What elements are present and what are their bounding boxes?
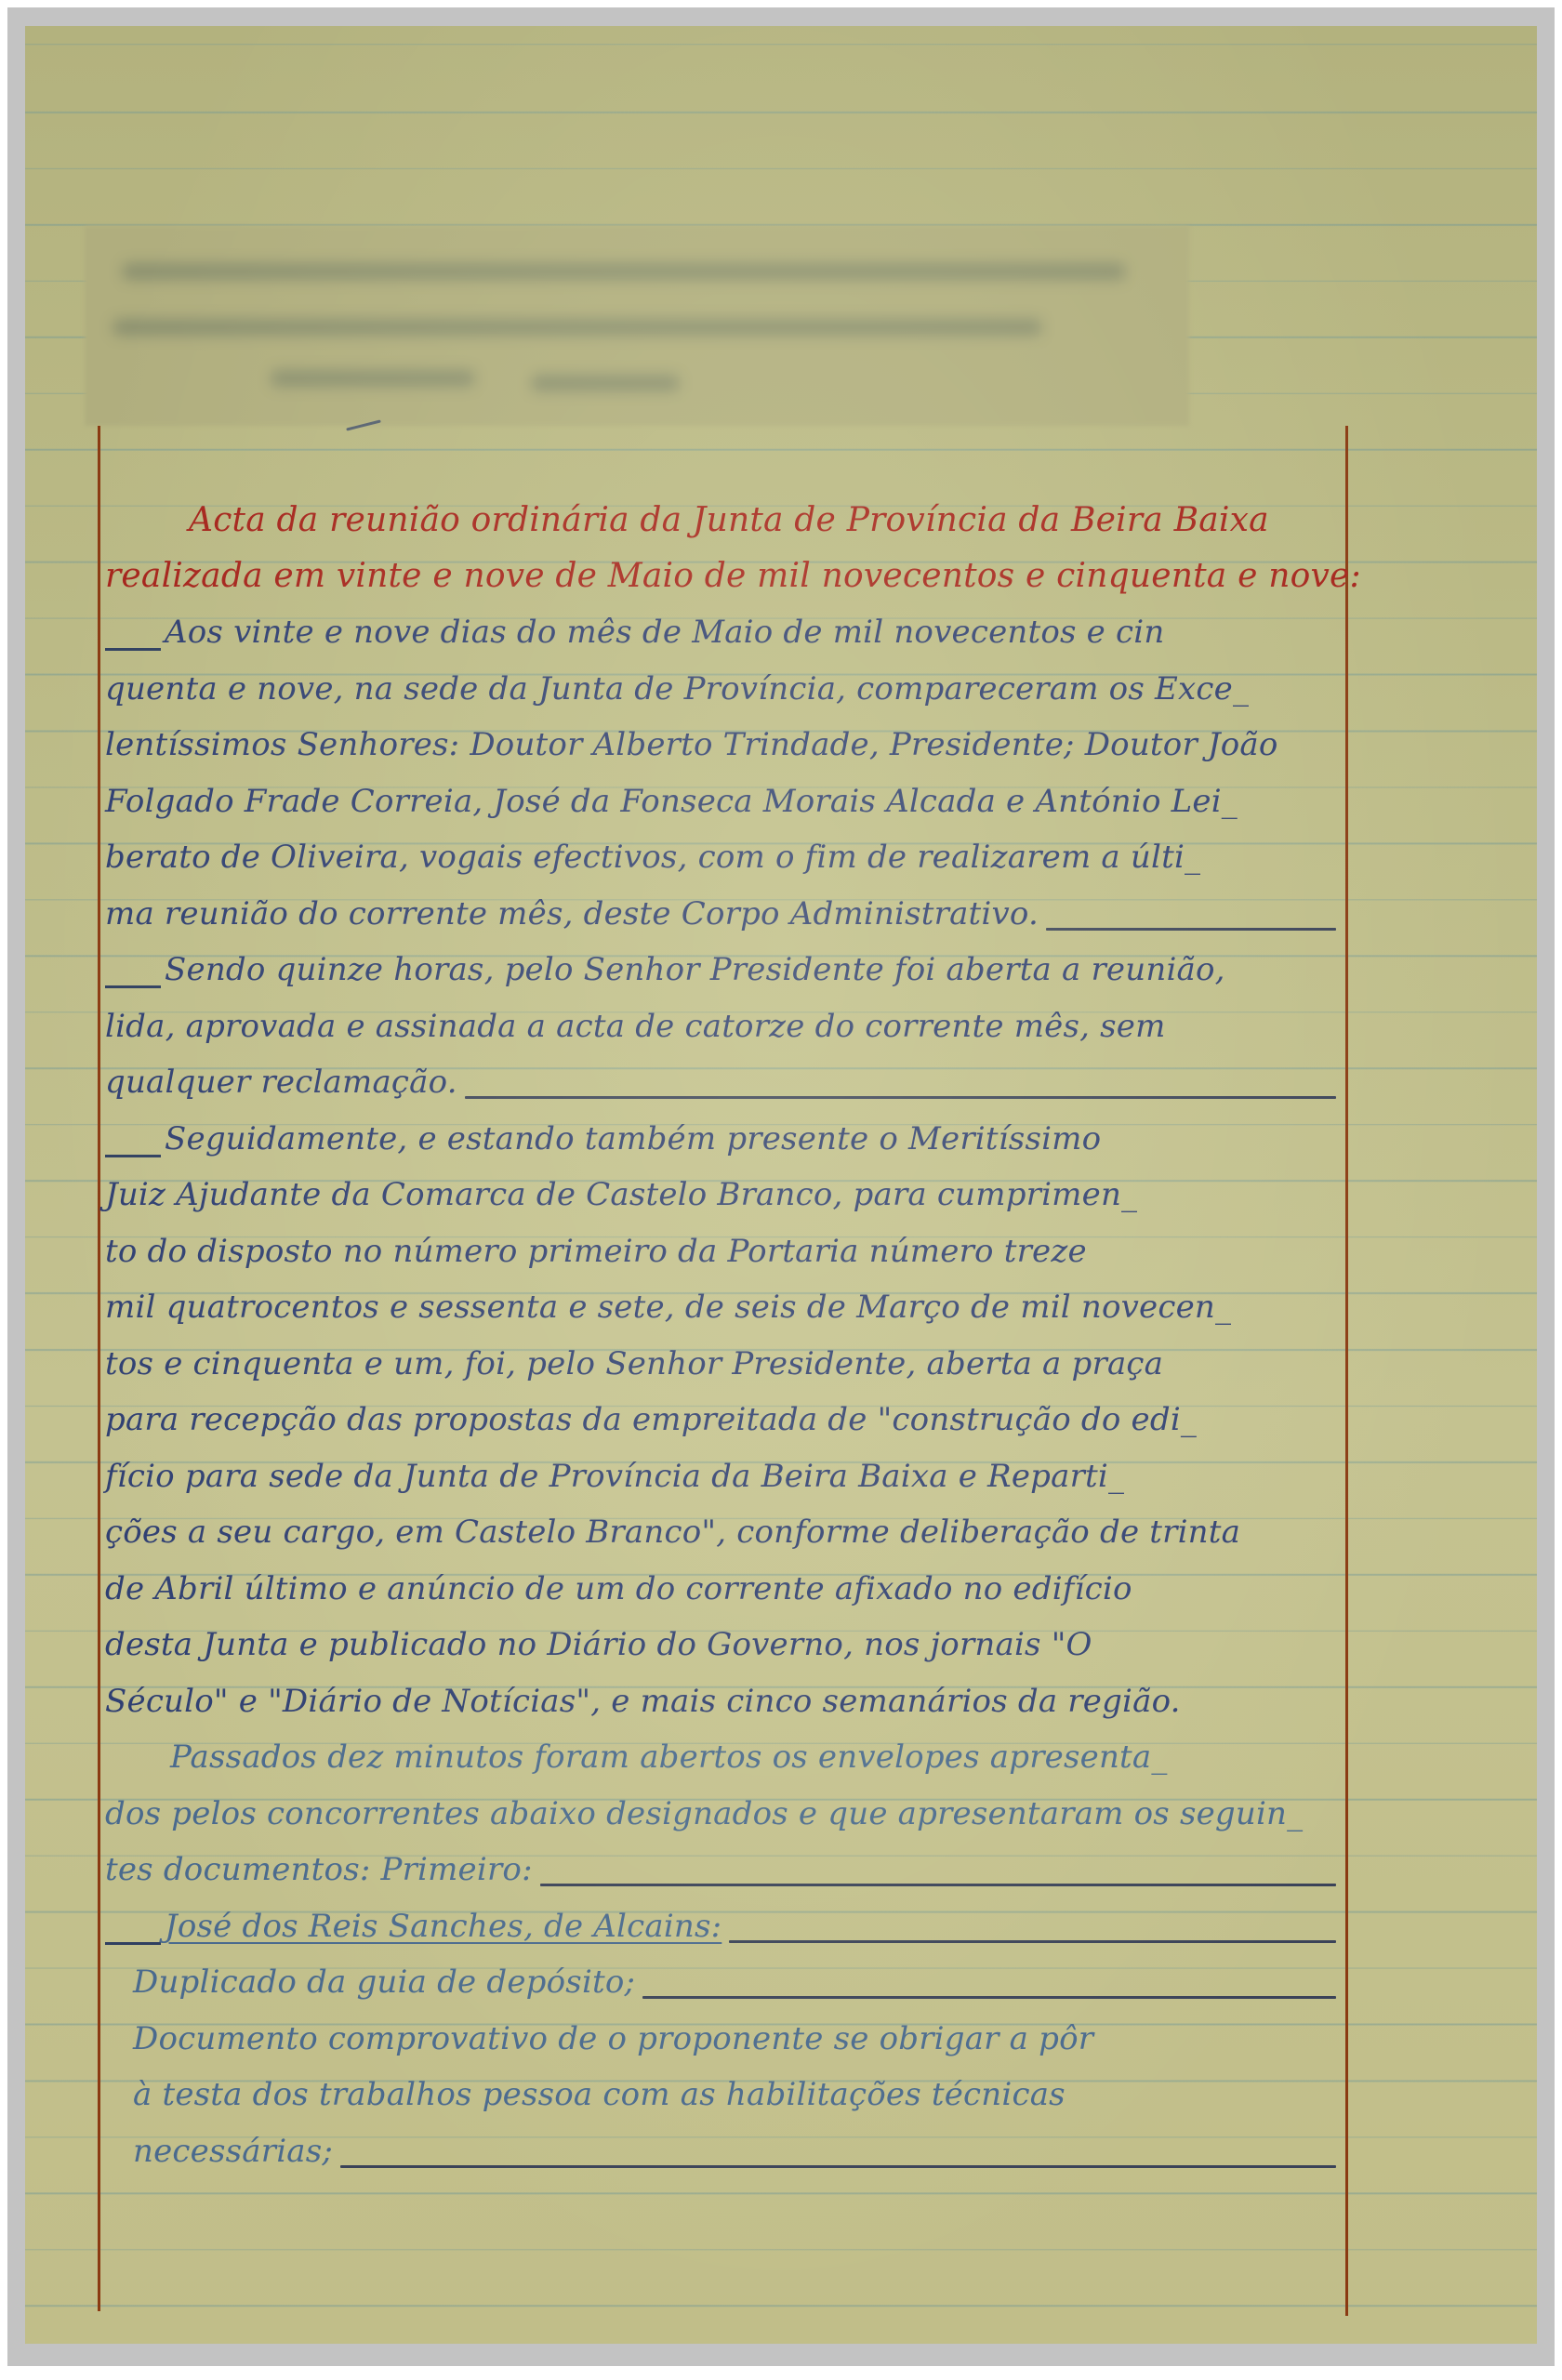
text-line: Folgado Frade Correia, José da Fonseca M… xyxy=(105,773,1342,829)
fill-rule xyxy=(340,2165,1336,2168)
text-line: à testa dos trabalhos pessoa com as habi… xyxy=(105,2067,1342,2122)
text-line: de Abril último e anúncio de um do corre… xyxy=(105,1561,1342,1617)
leader-dash xyxy=(105,985,161,988)
text-line: mil quatrocentos e sessenta e sete, de s… xyxy=(105,1279,1342,1335)
text-line: Aos vinte e nove dias do mês de Maio de … xyxy=(105,604,1342,660)
title-line-1: Acta da reunião ordinária da Junta de Pr… xyxy=(105,493,1342,549)
text-line: ções a seu cargo, em Castelo Branco", co… xyxy=(105,1504,1342,1560)
text-line: lentíssimos Senhores: Doutor Alberto Tri… xyxy=(105,717,1342,773)
text-line: ma reunião do corrente mês, deste Corpo … xyxy=(105,886,1342,942)
text-line: dos pelos concorrentes abaixo designados… xyxy=(105,1786,1342,1842)
text-line: Documento comprovativo de o proponente s… xyxy=(105,2011,1342,2067)
fill-rule xyxy=(1046,928,1336,931)
fill-rule xyxy=(642,1996,1336,1999)
text-line: Seguidamente, e estando também presente … xyxy=(105,1111,1342,1167)
text-line: qualquer reclamação. xyxy=(105,1054,1342,1110)
text-line: tos e cinquenta e um, foi, pelo Senhor P… xyxy=(105,1336,1342,1392)
text-line: necessárias; xyxy=(105,2123,1342,2179)
leader-dash xyxy=(105,1155,161,1157)
text-line: Juiz Ajudante da Comarca de Castelo Bran… xyxy=(105,1167,1342,1223)
text-line: para recepção das propostas da empreitad… xyxy=(105,1392,1342,1448)
ledger-page: Acta da reunião ordinária da Junta de Pr… xyxy=(25,26,1537,2344)
leader-dash xyxy=(105,648,161,651)
text-line: Século" e "Diário de Notícias", e mais c… xyxy=(105,1673,1342,1729)
fill-rule xyxy=(540,1884,1336,1886)
text-line: Duplicado da guia de depósito; xyxy=(105,1954,1342,2010)
text-line: Sendo quinze horas, pelo Senhor Presiden… xyxy=(105,942,1342,998)
text-line: berato de Oliveira, vogais efectivos, co… xyxy=(105,829,1342,885)
text-line: to do disposto no número primeiro da Por… xyxy=(105,1223,1342,1279)
text-line: desta Junta e publicado no Diário do Gov… xyxy=(105,1617,1342,1673)
text-line: quenta e nove, na sede da Junta de Proví… xyxy=(105,661,1342,717)
text-line: José dos Reis Sanches, de Alcains: xyxy=(105,1898,1342,1954)
leader-dash xyxy=(105,1942,161,1945)
text-line: tes documentos: Primeiro: xyxy=(105,1842,1342,1897)
right-margin-rule xyxy=(1345,426,1348,2316)
fill-rule xyxy=(465,1096,1336,1099)
title-line-2: realizada em vinte e nove de Maio de mil… xyxy=(105,549,1342,604)
redacted-header xyxy=(85,226,1189,426)
left-margin-rule xyxy=(98,426,100,2311)
text-line: lida, aprovada e assinada a acta de cato… xyxy=(105,998,1342,1054)
text-line: Passados dez minutos foram abertos os en… xyxy=(105,1729,1342,1785)
fill-rule xyxy=(729,1940,1336,1943)
text-line: fício para sede da Junta de Província da… xyxy=(105,1448,1342,1504)
